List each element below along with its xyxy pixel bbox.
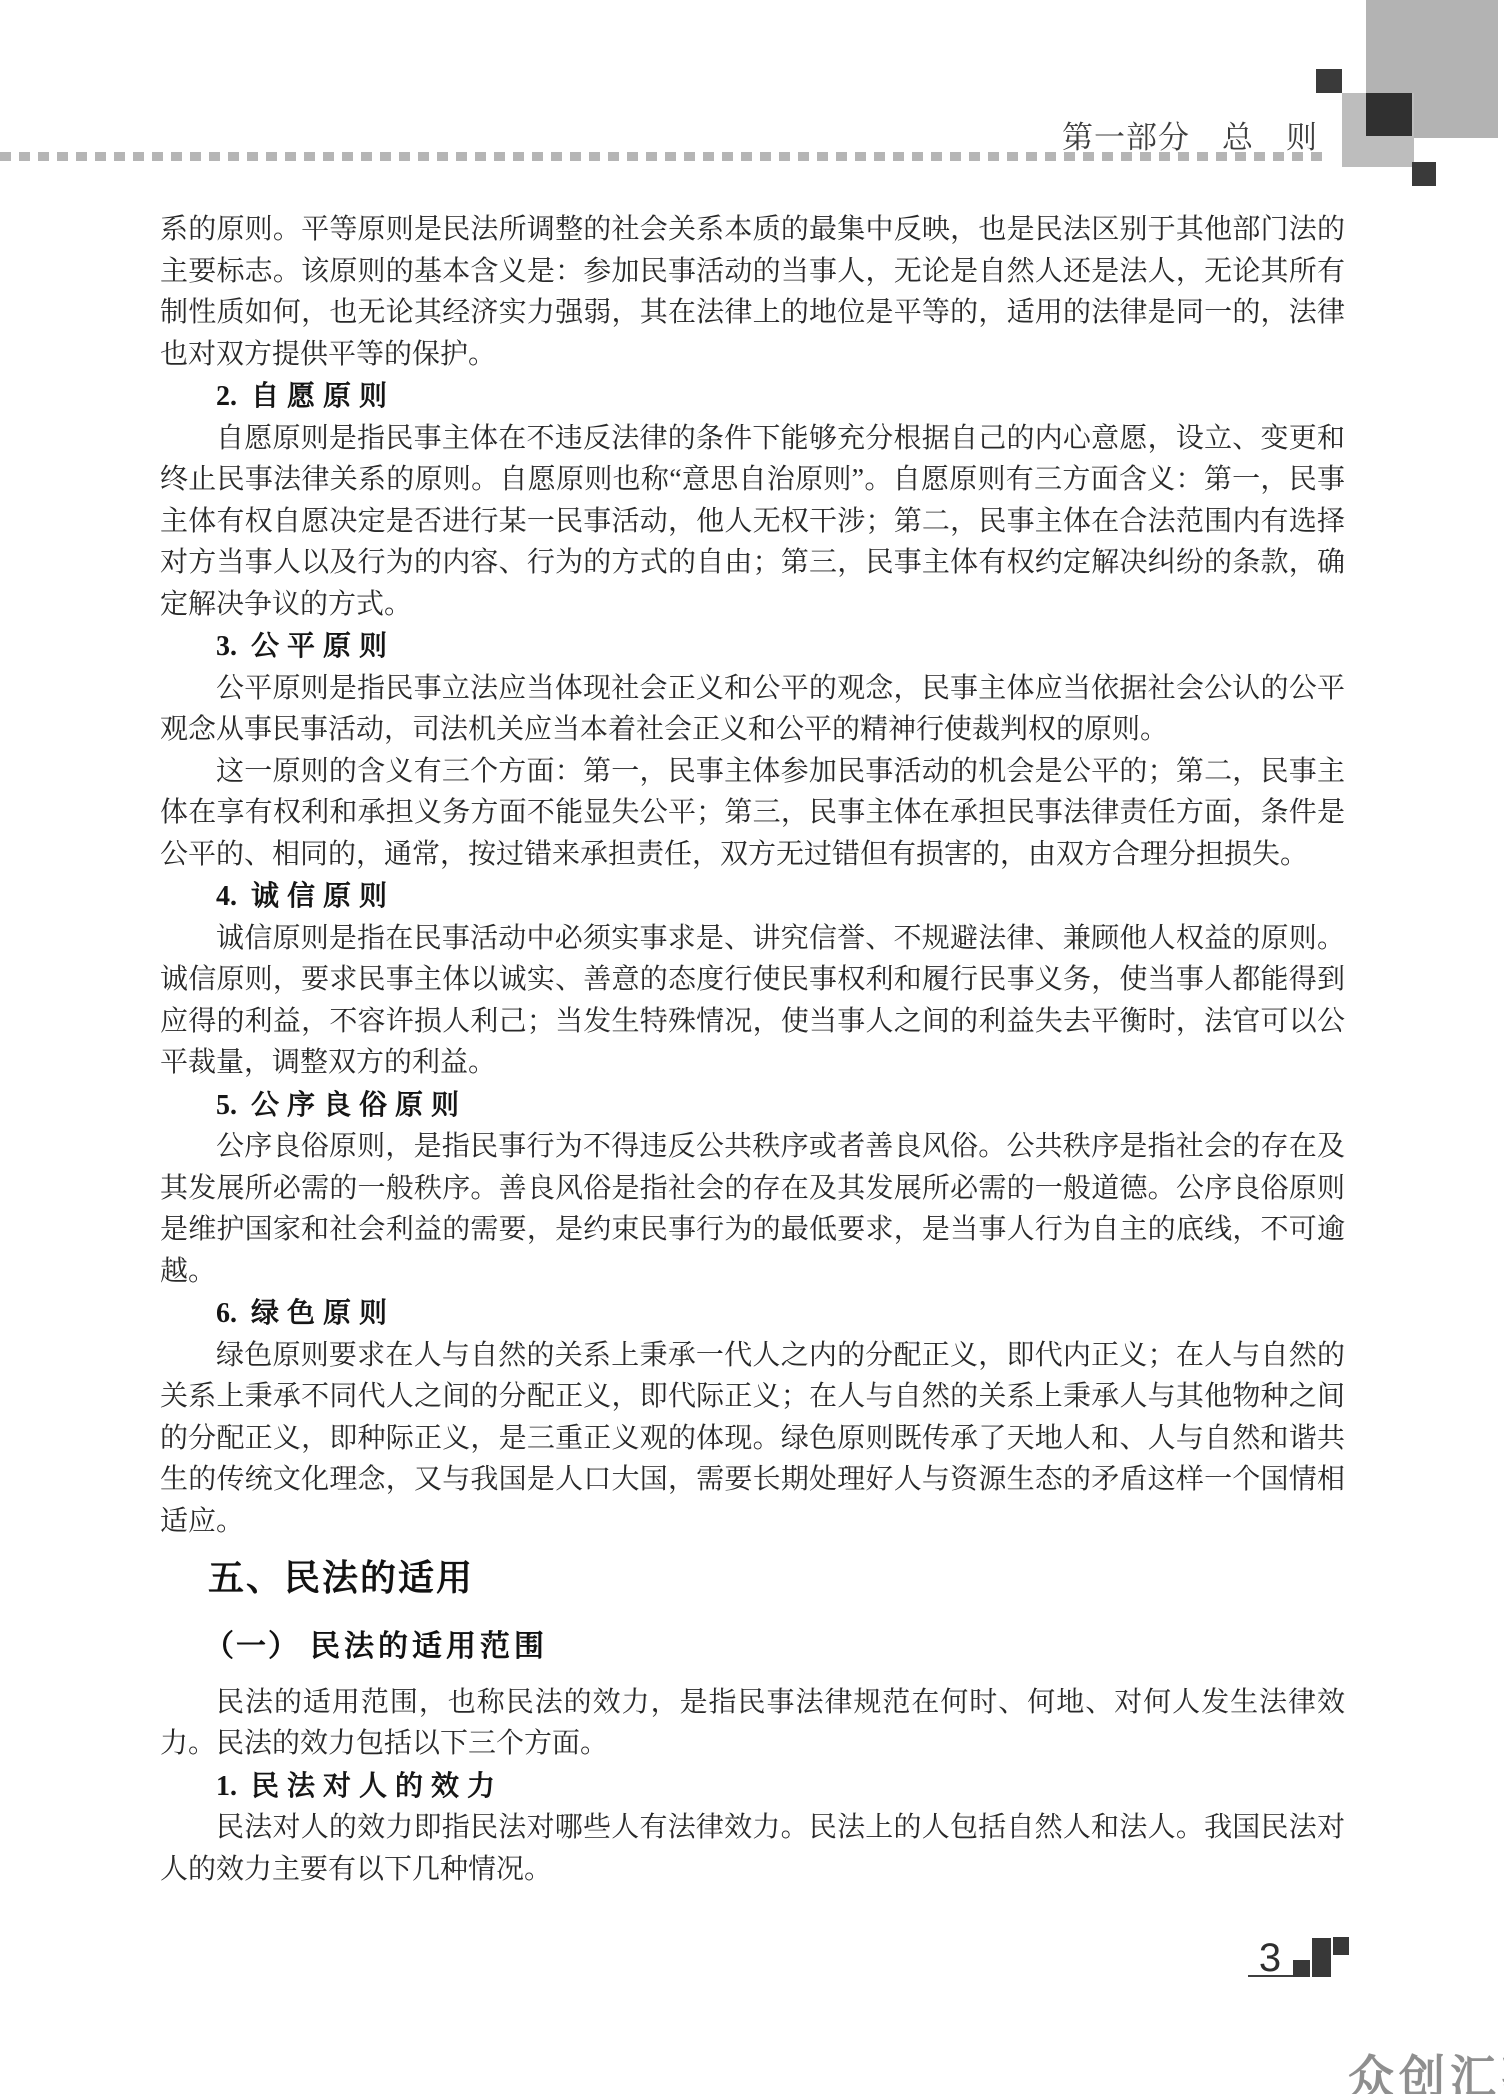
body-paragraph: 公平原则是指民事立法应当体现社会正义和公平的观念，民事主体应当依据社会公认的公平… (160, 668, 1345, 751)
body-paragraph: 诚信原则是指在民事活动中必须实事求是、讲究信誉、不规避法律、兼顾他人权益的原则。… (160, 918, 1345, 1084)
footer-decor-square-2 (1312, 1938, 1331, 1977)
heading-title: 民法的适用范围 (310, 1630, 548, 1663)
heading-title: 民法对人的效力 (251, 1770, 503, 1801)
heading-title: 自愿原则 (251, 380, 395, 411)
body-paragraph: 民法对人的效力即指民法对哪些人有法律效力。民法上的人包括自然人和法人。我国民法对… (160, 1807, 1345, 1890)
body-paragraph: 公序良俗原则，是指民事行为不得违反公共秩序或者善良风俗。公共秩序是指社会的存在及… (160, 1126, 1345, 1292)
body-paragraph: 系的原则。平等原则是民法所调整的社会关系本质的最集中反映，也是民法区别于其他部门… (160, 209, 1345, 375)
heading-prefix: （一） (204, 1630, 300, 1663)
numbered-heading: 6.绿色原则 (216, 1292, 1345, 1335)
numbered-heading: 3.公平原则 (216, 625, 1345, 668)
footer-decor-square-3 (1333, 1937, 1349, 1955)
heading-title: 公平原则 (251, 630, 395, 661)
body-paragraph: 这一原则的含义有三个方面：第一，民事主体参加民事活动的机会是公平的；第二，民事主… (160, 751, 1345, 876)
watermark-text: 众创汇嘉 (1348, 2052, 1504, 2094)
corner-decor-dark-square-2 (1366, 93, 1412, 136)
page-number: 3 (1244, 1938, 1296, 1978)
section-heading: 五、民法的适用 (208, 1556, 1345, 1600)
heading-number: 3. (216, 631, 237, 662)
heading-number: 6. (216, 1298, 237, 1329)
heading-number: 5. (216, 1090, 237, 1121)
body-paragraph: 自愿原则是指民事主体在不违反法律的条件下能够充分根据自己的内心意愿，设立、变更和… (160, 418, 1345, 626)
page-number-underline (1248, 1975, 1298, 1977)
numbered-heading: 2.自愿原则 (216, 375, 1345, 418)
running-header: 第一部分 总 则 (0, 121, 1318, 155)
sub-section-heading: （一）民法的适用范围 (204, 1626, 1345, 1668)
header-dotted-rule (0, 152, 1330, 161)
footer-decor-square-1 (1293, 1960, 1310, 1977)
numbered-heading: 4.诚信原则 (216, 875, 1345, 918)
heading-number: 4. (216, 881, 237, 912)
book-page: 第一部分 总 则 系的原则。平等原则是民法所调整的社会关系本质的最集中反映，也是… (0, 0, 1504, 2094)
body-content: 系的原则。平等原则是民法所调整的社会关系本质的最集中反映，也是民法区别于其他部门… (160, 209, 1345, 1890)
heading-number: 2. (216, 381, 237, 412)
corner-decor-dark-square-1 (1316, 69, 1342, 93)
heading-title: 公序良俗原则 (251, 1089, 467, 1120)
corner-decor-dark-square-3 (1412, 162, 1436, 186)
heading-title: 绿色原则 (251, 1297, 395, 1328)
body-paragraph: 民法的适用范围，也称民法的效力，是指民事法律规范在何时、何地、对何人发生法律效力… (160, 1682, 1345, 1765)
body-paragraph: 绿色原则要求在人与自然的关系上秉承一代人之内的分配正义，即代内正义；在人与自然的… (160, 1335, 1345, 1543)
heading-title: 诚信原则 (251, 880, 395, 911)
numbered-heading: 1.民法对人的效力 (216, 1765, 1345, 1808)
heading-number: 1. (216, 1771, 237, 1802)
numbered-heading: 5.公序良俗原则 (216, 1084, 1345, 1127)
